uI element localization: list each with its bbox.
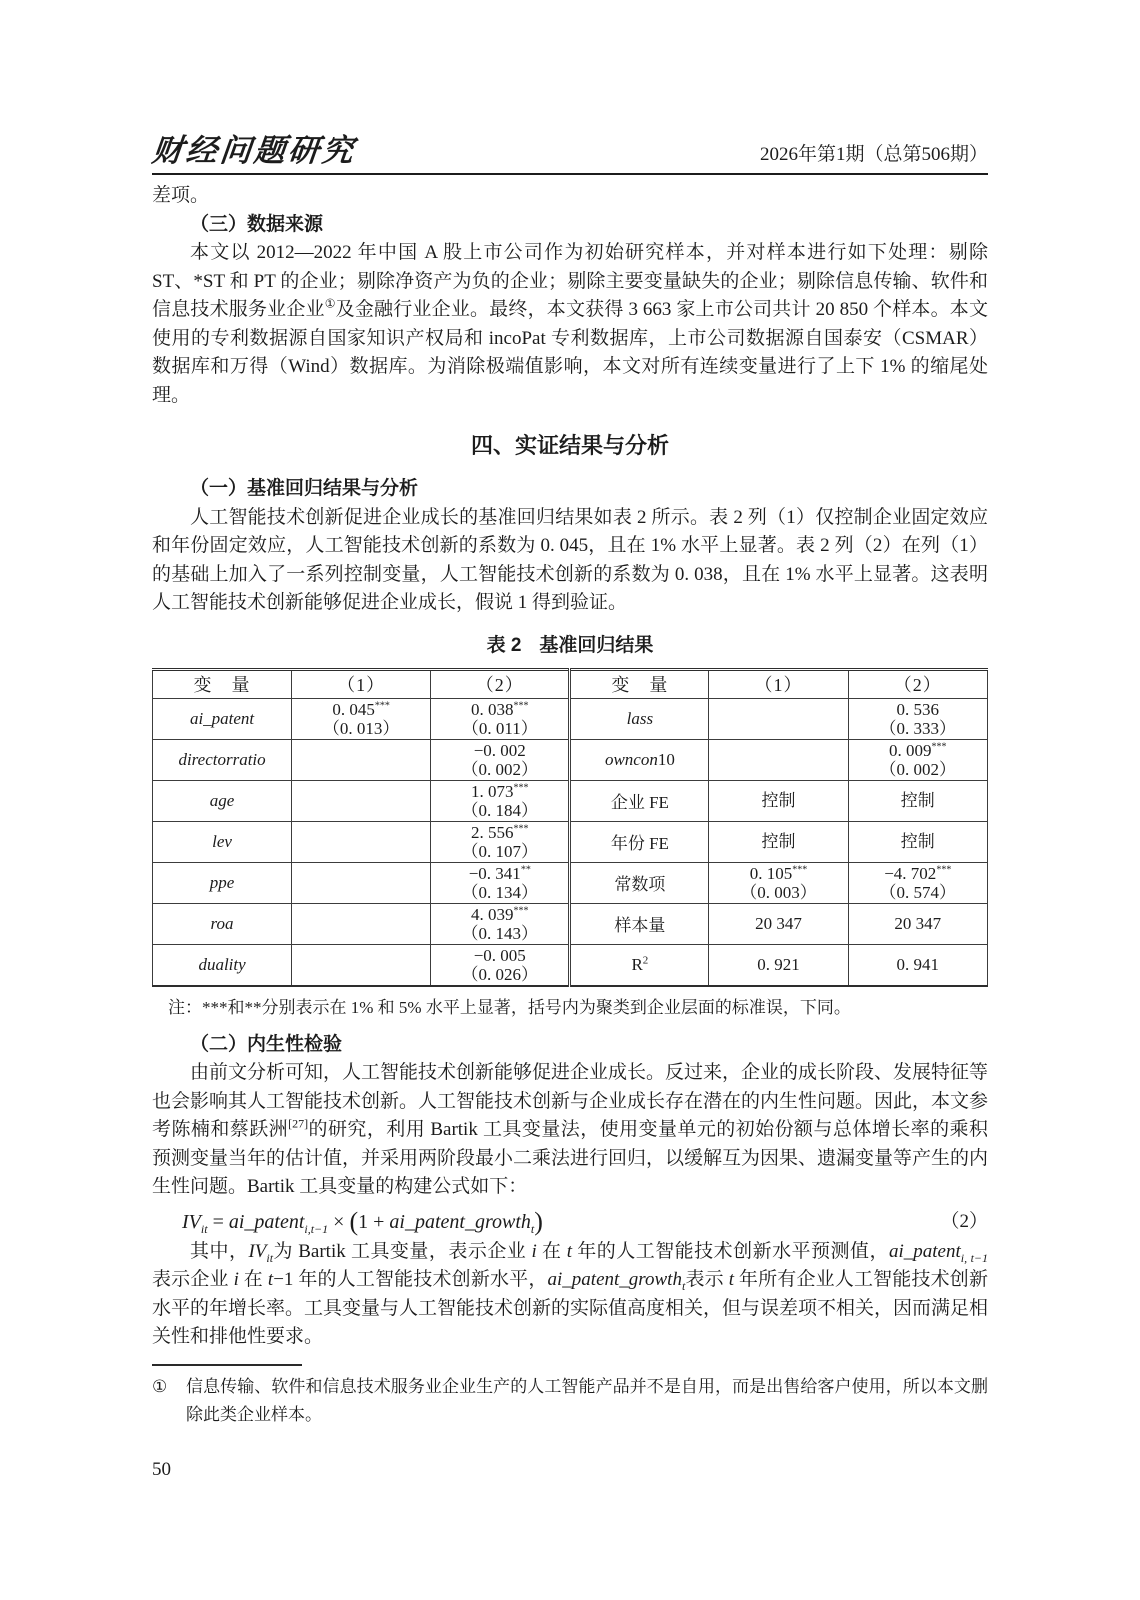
value-cell: 2. 556***（0. 107） — [431, 821, 570, 862]
citation-marker: [27] — [288, 1117, 308, 1131]
coef: 控制 — [761, 832, 795, 851]
header-cell-col1-left: （1） — [292, 669, 431, 698]
value-cell: 控制 — [848, 780, 987, 821]
close-paren: ) — [534, 1207, 543, 1236]
var-cell: directorratio — [153, 739, 292, 780]
table-title: 表 2基准回归结果 — [152, 633, 988, 659]
formula-constant: 1 + — [358, 1211, 389, 1233]
value-cell: 控制 — [709, 780, 848, 821]
var-cell: 企业 FE — [570, 780, 709, 821]
coef: 0. 536 — [897, 700, 940, 719]
var-cell: roa — [153, 903, 292, 944]
text-run: −1 年的人工智能技术创新水平， — [273, 1269, 547, 1290]
stderr: （0. 003） — [709, 883, 847, 902]
var-name: ppe — [210, 873, 235, 892]
coef: 控制 — [761, 791, 795, 810]
var-name: 样本量 — [614, 916, 665, 935]
paragraph-explanation: 其中，IVit为 Bartik 工具变量，表示企业 i 在 t 年的人工智能技术… — [152, 1238, 988, 1352]
stars: *** — [375, 700, 390, 711]
value-cell: 20 347 — [709, 903, 848, 944]
paragraph-baseline: 人工智能技术创新促进企业成长的基准回归结果如表 2 所示。表 2 列（1）仅控制… — [152, 504, 988, 618]
text-run: 在 — [239, 1269, 268, 1290]
table-caption: 基准回归结果 — [539, 635, 653, 656]
value-cell: 0. 941 — [848, 944, 987, 986]
stderr: （0. 184） — [431, 801, 568, 820]
stderr: （0. 143） — [431, 924, 568, 943]
coef: −0. 005 — [474, 946, 526, 965]
formula-lhs: IV — [182, 1211, 201, 1233]
stars: *** — [936, 864, 951, 875]
var-name: duality — [198, 955, 245, 974]
var-cell: age — [153, 780, 292, 821]
value-cell — [709, 739, 848, 780]
formula-lhs-subscript: it — [201, 1222, 208, 1236]
coef: −4. 702 — [884, 864, 936, 883]
var-name-suffix: 10 — [658, 750, 675, 769]
formula-term1-subscript: i,t−1 — [304, 1222, 328, 1236]
table-row-lev: lev 2. 556***（0. 107） 年份 FE 控制 控制 — [153, 821, 988, 862]
table-label: 表 2 — [487, 635, 522, 656]
var-name: age — [210, 791, 235, 810]
value-cell: −0. 341**（0. 134） — [431, 862, 570, 903]
value-cell — [292, 862, 431, 903]
stars: *** — [932, 741, 947, 752]
stderr: （0. 134） — [431, 883, 568, 902]
regression-table: 变 量 （1） （2） 变 量 （1） （2） ai_patent 0. 045… — [152, 668, 988, 987]
subsection-heading-baseline: （一）基准回归结果与分析 — [152, 475, 988, 504]
journal-header: 财经问题研究 2026年第1期（总第506期） — [152, 134, 988, 175]
text-run: 为 Bartik 工具变量，表示企业 — [273, 1241, 531, 1262]
table-row-ppe: ppe −0. 341**（0. 134） 常数项 0. 105***（0. 0… — [153, 862, 988, 903]
open-paren: ( — [349, 1207, 358, 1236]
section-heading-results: 四、实证结果与分析 — [152, 431, 988, 461]
value-cell — [709, 698, 848, 739]
coef: 0. 105 — [750, 864, 793, 883]
coef: 控制 — [901, 832, 935, 851]
bartik-formula: IVit = ai_patenti,t−1 × (1 + ai_patent_g… — [152, 1206, 988, 1238]
value-cell — [292, 903, 431, 944]
coef: 0. 045 — [332, 700, 375, 719]
value-cell: 0. 038***（0. 011） — [431, 698, 570, 739]
formula-term1: ai_patent — [229, 1211, 305, 1233]
var-cell: ppe — [153, 862, 292, 903]
text-run: 在 — [537, 1241, 567, 1262]
stderr: （0. 013） — [292, 719, 430, 738]
stars: *** — [514, 700, 529, 711]
header-cell-var-left: 变 量 — [153, 669, 292, 698]
table-row-directorratio: directorratio −0. 002（0. 002） owncon10 0… — [153, 739, 988, 780]
value-cell — [292, 780, 431, 821]
coef: 20 347 — [894, 914, 941, 933]
times-sign: × — [328, 1211, 349, 1233]
var-exponent: 2 — [643, 954, 649, 966]
table-row-roa: roa 4. 039***（0. 143） 样本量 20 347 20 347 — [153, 903, 988, 944]
value-cell: 控制 — [709, 821, 848, 862]
var-cell: lass — [570, 698, 709, 739]
coef: 0. 009 — [889, 741, 932, 760]
value-cell: 0. 536（0. 333） — [848, 698, 987, 739]
math-subscript: i, t−1 — [961, 1250, 988, 1264]
var-name: R — [631, 955, 642, 974]
paper-page: 财经问题研究 2026年第1期（总第506期） 差项。 （三）数据来源 本文以 … — [0, 0, 1140, 1600]
var-cell: duality — [153, 944, 292, 986]
math-var: ai_patent_growth — [548, 1269, 682, 1290]
table-row-age: age 1. 073***（0. 184） 企业 FE 控制 控制 — [153, 780, 988, 821]
header-cell-col2-left: （2） — [431, 669, 570, 698]
stars: *** — [792, 864, 807, 875]
value-cell — [292, 944, 431, 986]
footnote-mark: ① — [152, 1373, 186, 1429]
subsection-heading-data-source: （三）数据来源 — [152, 211, 988, 240]
value-cell: −0. 002（0. 002） — [431, 739, 570, 780]
stars: ** — [521, 864, 531, 875]
header-cell-col2-right: （2） — [848, 669, 987, 698]
math-var: ai_patent — [889, 1241, 961, 1262]
var-cell: owncon10 — [570, 739, 709, 780]
var-name: directorratio — [178, 750, 265, 769]
equation-number: （2） — [940, 1206, 988, 1237]
stderr: （0. 333） — [849, 719, 987, 738]
stderr: （0. 026） — [431, 965, 568, 984]
stars: *** — [514, 905, 529, 916]
var-name: 常数项 — [614, 875, 665, 894]
issue-info: 2026年第1期（总第506期） — [760, 142, 988, 168]
coef: 0. 921 — [757, 955, 800, 974]
stars: *** — [514, 782, 529, 793]
var-cell: R2 — [570, 944, 709, 986]
var-cell: 样本量 — [570, 903, 709, 944]
table-note: 注：***和**分别表示在 1% 和 5% 水平上显著，括号内为聚类到企业层面的… — [168, 997, 988, 1019]
stars: *** — [514, 823, 529, 834]
value-cell: 0. 045***（0. 013） — [292, 698, 431, 739]
paragraph-endogeneity: 由前文分析可知，人工智能技术创新能够促进企业成长。反过来，企业的成长阶段、发展特… — [152, 1059, 988, 1202]
var-name: ai_patent — [190, 709, 254, 728]
table-header-row: 变 量 （1） （2） 变 量 （1） （2） — [153, 669, 988, 698]
stderr: （0. 002） — [431, 760, 568, 779]
var-cell: lev — [153, 821, 292, 862]
math-var: IV — [248, 1241, 266, 1262]
footnote-divider — [152, 1364, 302, 1366]
table-row-ai-patent: ai_patent 0. 045***（0. 013） 0. 038***（0.… — [153, 698, 988, 739]
paragraph-data-source: 本文以 2012—2022 年中国 A 股上市公司作为初始研究样本，并对样本进行… — [152, 239, 988, 410]
stderr: （0. 574） — [849, 883, 987, 902]
coef: 20 347 — [755, 914, 802, 933]
coef: 2. 556 — [471, 823, 514, 842]
coef: −0. 002 — [474, 741, 526, 760]
value-cell: 0. 009***（0. 002） — [848, 739, 987, 780]
page-number: 50 — [152, 1459, 988, 1481]
footnote-text: 信息传输、软件和信息技术服务业企业生产的人工智能产品并不是自用，而是出售给客户使… — [186, 1373, 988, 1429]
journal-logo: 财经问题研究 — [150, 134, 358, 168]
coef: 1. 073 — [471, 782, 514, 801]
text-run: 表示 — [685, 1269, 728, 1290]
value-cell: 0. 921 — [709, 944, 848, 986]
var-cell: 常数项 — [570, 862, 709, 903]
var-cell: ai_patent — [153, 698, 292, 739]
carryover-paragraph: 差项。 — [152, 182, 988, 211]
stderr: （0. 011） — [431, 719, 568, 738]
footnote: ① 信息传输、软件和信息技术服务业企业生产的人工智能产品并不是自用，而是出售给客… — [152, 1373, 988, 1429]
value-cell: −4. 702***（0. 574） — [848, 862, 987, 903]
value-cell — [292, 739, 431, 780]
coef: −0. 341 — [469, 864, 521, 883]
value-cell: 1. 073***（0. 184） — [431, 780, 570, 821]
table-row-duality: duality −0. 005（0. 026） R2 0. 921 0. 941 — [153, 944, 988, 986]
coef: 4. 039 — [471, 905, 514, 924]
stderr: （0. 107） — [431, 842, 568, 861]
var-cell: 年份 FE — [570, 821, 709, 862]
value-cell: 0. 105***（0. 003） — [709, 862, 848, 903]
var-name: lass — [627, 709, 653, 728]
value-cell — [292, 821, 431, 862]
subsection-heading-endogeneity: （二）内生性检验 — [152, 1031, 988, 1060]
value-cell: −0. 005（0. 026） — [431, 944, 570, 986]
var-name: roa — [211, 914, 234, 933]
value-cell: 20 347 — [848, 903, 987, 944]
var-name: 企业 FE — [611, 793, 669, 812]
value-cell: 控制 — [848, 821, 987, 862]
coef: 0. 038 — [471, 700, 514, 719]
formula-term2: ai_patent_growth — [389, 1211, 530, 1233]
text-run: 表示企业 — [152, 1269, 234, 1290]
header-cell-var-right: 变 量 — [570, 669, 709, 698]
footnote-marker: ① — [325, 297, 336, 311]
stderr: （0. 002） — [849, 760, 987, 779]
var-name: lev — [212, 832, 232, 851]
header-cell-col1-right: （1） — [709, 669, 848, 698]
coef: 0. 941 — [897, 955, 940, 974]
equals-sign: = — [208, 1211, 229, 1233]
text-run: 其中， — [190, 1241, 248, 1262]
var-name: 年份 FE — [611, 834, 669, 853]
coef: 控制 — [901, 791, 935, 810]
text-run: 年的人工智能技术创新水平预测值， — [572, 1241, 889, 1262]
value-cell: 4. 039***（0. 143） — [431, 903, 570, 944]
var-name: owncon — [605, 750, 658, 769]
